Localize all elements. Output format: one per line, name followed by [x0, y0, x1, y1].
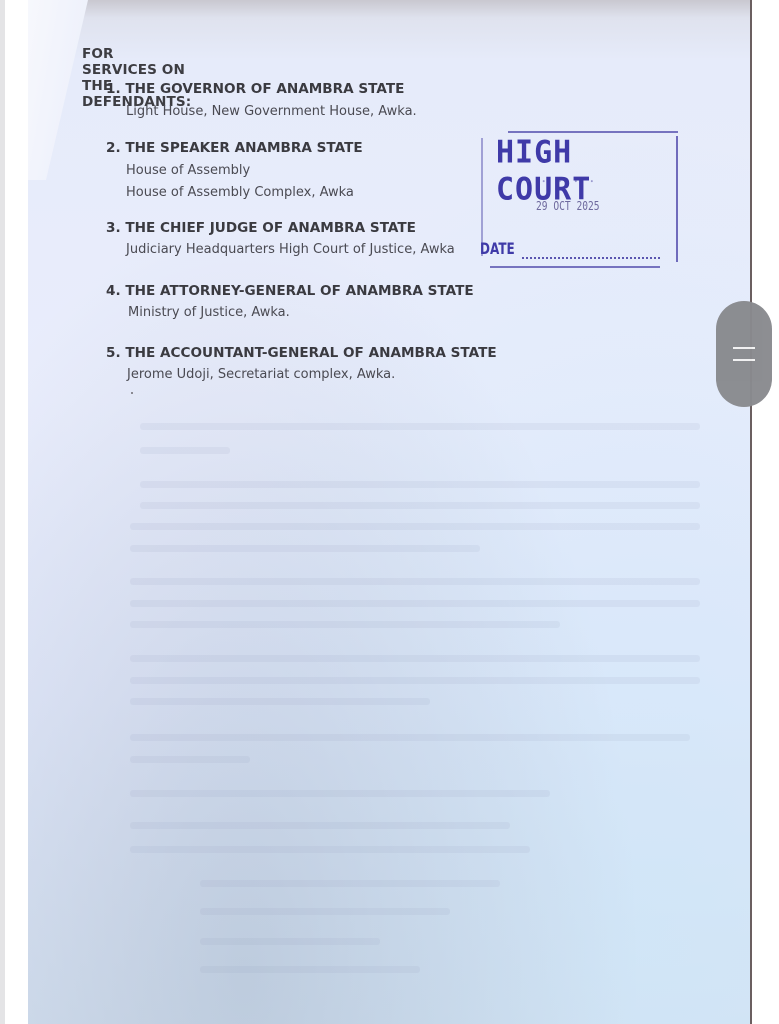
drag-handle-icon	[733, 347, 755, 349]
stamp-border	[508, 131, 678, 133]
stamp-subtitle: ꞏ ꞏ ꞏ ꞏ ꞏ	[526, 174, 597, 189]
image-border	[0, 0, 5, 1024]
defendant-name: THE CHIEF JUDGE OF ANAMBRA STATE	[125, 220, 416, 236]
stamp-date-label: DATE	[480, 239, 515, 258]
drag-handle-icon	[733, 359, 755, 361]
services-heading: FOR SERVICES ON THE DEFENDANTS:	[82, 46, 191, 110]
defendant-1-title: 1. THE GOVERNOR OF ANAMBRA STATE	[106, 81, 404, 97]
stamp-title: HIGH COURT	[496, 134, 684, 208]
defendant-4-title: 4. THE ATTORNEY-GENERAL OF ANAMBRA STATE	[106, 283, 474, 299]
stamp-date: 29 OCT 2025	[536, 199, 600, 213]
defendant-number: 1.	[106, 81, 121, 97]
stray-mark	[131, 392, 133, 394]
defendant-number: 5.	[106, 345, 121, 361]
high-court-stamp: HIGH COURT ꞏ ꞏ ꞏ ꞏ ꞏ 29 OCT 2025 DATE	[478, 126, 684, 276]
defendant-2-address-line-2: House of Assembly Complex, Awka	[126, 185, 354, 200]
defendant-name: THE GOVERNOR OF ANAMBRA STATE	[125, 81, 404, 97]
defendant-2-address-line-1: House of Assembly	[126, 163, 250, 178]
defendant-3-title: 3. THE CHIEF JUDGE OF ANAMBRA STATE	[106, 220, 416, 236]
stamp-border	[490, 266, 660, 268]
defendant-name: THE ACCOUNTANT-GENERAL OF ANAMBRA STATE	[125, 345, 496, 361]
defendant-5-address: Jerome Udoji, Secretariat complex, Awka.	[127, 367, 395, 382]
defendant-1-address: Light House, New Government House, Awka.	[126, 104, 417, 119]
defendant-name: THE SPEAKER ANAMBRA STATE	[125, 140, 362, 156]
stamp-date-line	[522, 257, 660, 259]
defendant-number: 3.	[106, 220, 121, 236]
defendant-2-title: 2. THE SPEAKER ANAMBRA STATE	[106, 140, 363, 156]
defendant-5-title: 5. THE ACCOUNTANT-GENERAL OF ANAMBRA STA…	[106, 345, 497, 361]
defendant-4-address: Ministry of Justice, Awka.	[128, 305, 290, 320]
defendant-number: 4.	[106, 283, 121, 299]
split-drag-handle[interactable]	[716, 301, 772, 407]
defendant-name: THE ATTORNEY-GENERAL OF ANAMBRA STATE	[125, 283, 473, 299]
defendant-3-address: Judiciary Headquarters High Court of Jus…	[126, 242, 455, 257]
defendant-number: 2.	[106, 140, 121, 156]
